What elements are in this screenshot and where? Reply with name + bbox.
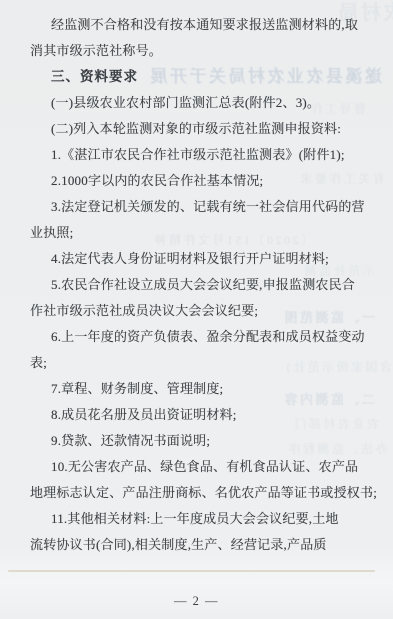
document-line: 2.1000字以内的农民合作社基本情况; — [30, 168, 370, 194]
document-line: 5.农民合作社设立成员大会会议纪要,申报监测农民合 — [30, 272, 370, 298]
document-line: 作社市级示范社成员决议大会会议纪要; — [30, 298, 370, 324]
page-number: — 2 — — [0, 594, 393, 609]
document-line: 流转协议书(合同),相关制度,生产、经营记录,产品质 — [30, 532, 370, 558]
document-line: 3.法定登记机关颁发的、记载有统一社会信用代码的营 — [30, 194, 370, 220]
document-body: 经监测不合格和没有按本通知要求报送监测材料的,取消其市级示范社称号。三、资料要求… — [30, 12, 370, 558]
document-line: 9.贷款、还款情况书面说明; — [30, 428, 370, 454]
document-line: 1.《湛江市农民合作社市级示范社监测表》(附件1); — [30, 142, 370, 168]
document-line: 经监测不合格和没有按本通知要求报送监测材料的,取 — [30, 12, 370, 38]
document-line: 11.其他相关材料:上一年度成员大会会议纪要,土地 — [30, 506, 370, 532]
document-line: 表; — [30, 350, 370, 376]
document-line: 8.成员花名册及员出资证明材料; — [30, 402, 370, 428]
document-line: 7.章程、财务制度、管理制度; — [30, 376, 370, 402]
document-section-heading: 三、资料要求 — [30, 64, 370, 90]
scanned-document-page: 农村局遂溪县农业农村局关于开展督导工作有关工作要求〔2020〕151号文件精神示… — [0, 0, 393, 619]
scan-artifact-line — [8, 570, 375, 572]
document-line: 6.上一年度的资产负债表、盈余分配表和成员权益变动 — [30, 324, 370, 350]
document-line: (二)列入本轮监测对象的市级示范社监测申报资料: — [30, 116, 370, 142]
document-line: 10.无公害农产品、绿色食品、有机食品认证、农产品 — [30, 454, 370, 480]
document-line: (一)县级农业农村部门监测汇总表(附件2、3)。 — [30, 90, 370, 116]
document-line: 地理标志认定、产品注册商标、名优农产品等证书或授权书; — [30, 480, 370, 506]
document-line: 4.法定代表人身份证明材料及银行开户证明材料; — [30, 246, 370, 272]
document-line: 消其市级示范社称号。 — [30, 38, 370, 64]
document-line: 业执照; — [30, 220, 370, 246]
